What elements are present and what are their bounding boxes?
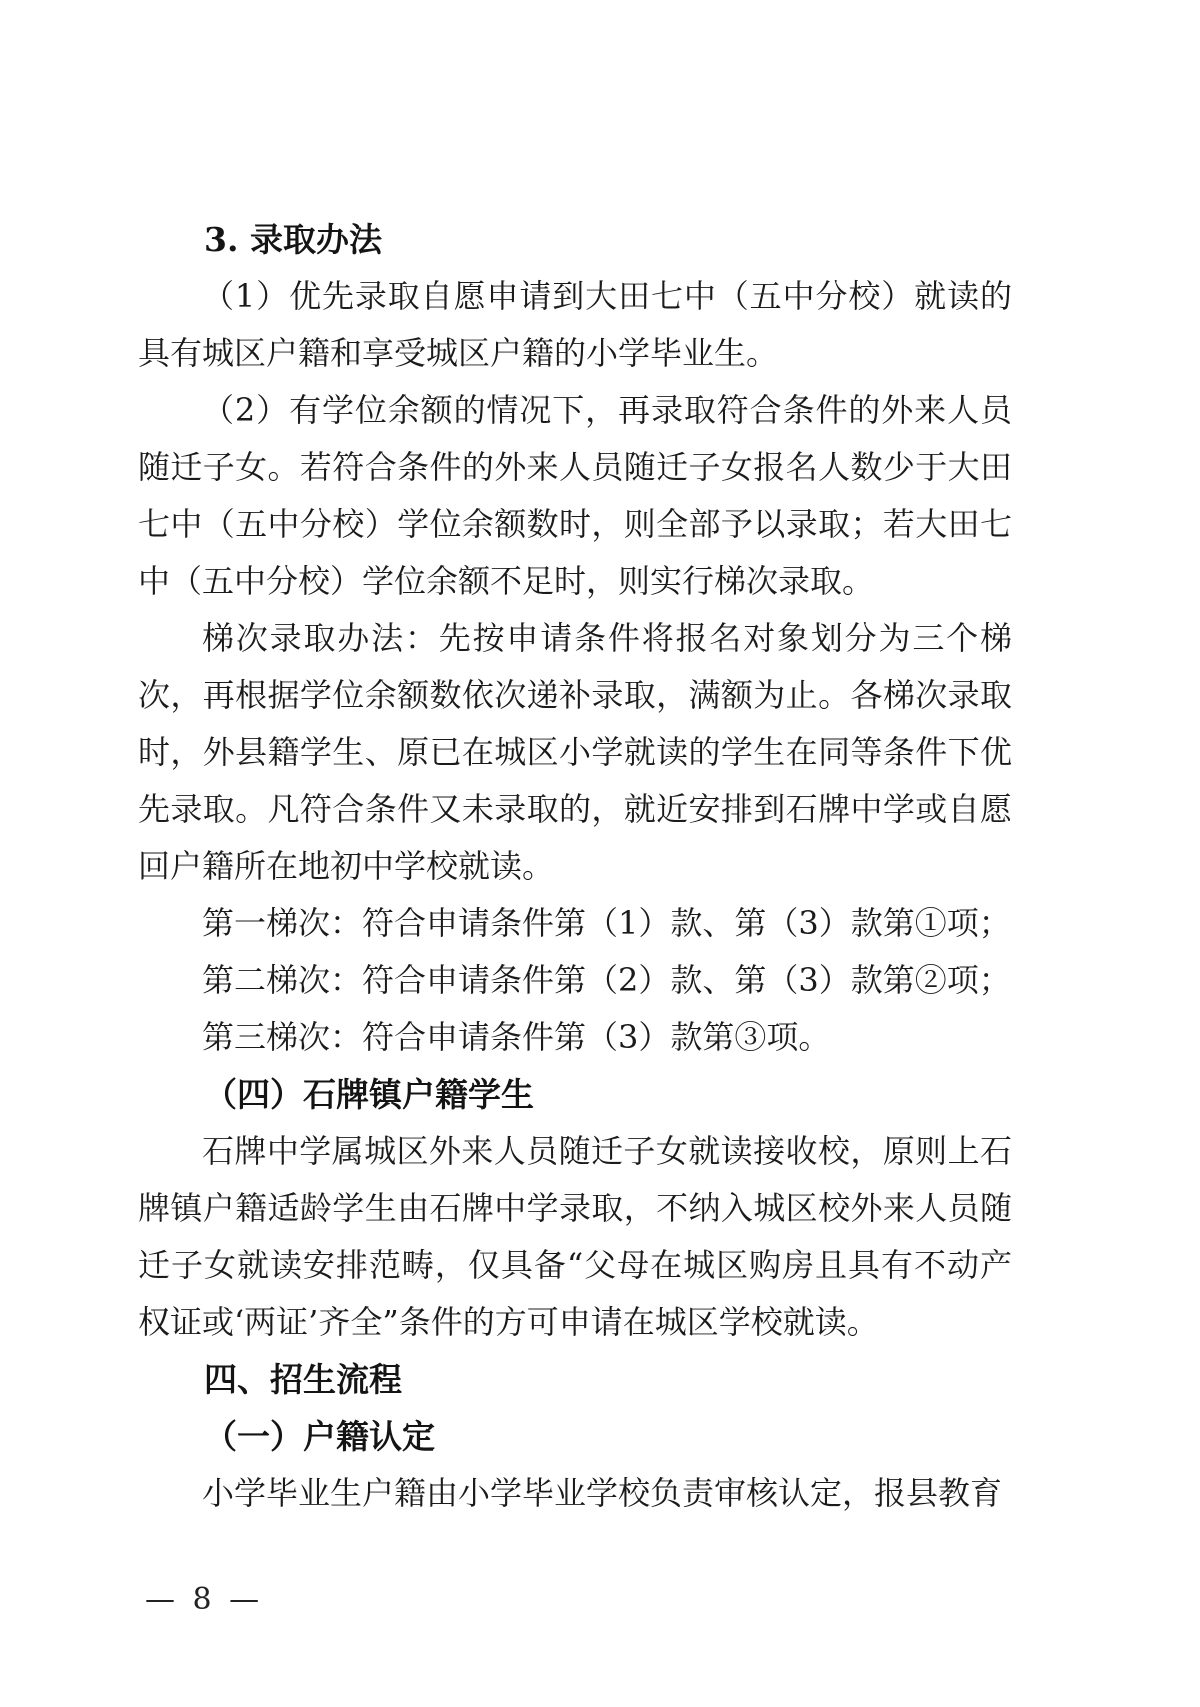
heading-enrollment-process: 四、招生流程 [138,1351,1012,1408]
heading-hukou-confirmation: （一）户籍认定 [138,1408,1012,1465]
para-surplus-quota: （2）有学位余额的情况下，再录取符合条件的外来人员随迁子女。若符合条件的外来人员… [138,382,1012,610]
page-number: — 8 — [145,1580,263,1620]
document-page: 3. 录取办法 （1）优先录取自愿申请到大田七中（五中分校）就读的具有城区户籍和… [0,0,1200,1707]
para-tier-method: 梯次录取办法：先按申请条件将报名对象划分为三个梯次，再根据学位余额数依次递补录取… [138,610,1012,895]
para-priority-admission: （1）优先录取自愿申请到大田七中（五中分校）就读的具有城区户籍和享受城区户籍的小… [138,268,1012,382]
para-hukou-verification: 小学毕业生户籍由小学毕业学校负责审核认定，报县教育 [138,1465,1012,1522]
heading-admission-method: 3. 录取办法 [138,211,1012,268]
para-tier-3: 第三梯次：符合申请条件第（3）款第③项。 [138,1009,1012,1066]
para-shipai-arrangement: 石牌中学属城区外来人员随迁子女就读接收校，原则上石牌镇户籍适龄学生由石牌中学录取… [138,1123,1012,1351]
para-tier-1: 第一梯次：符合申请条件第（1）款、第（3）款第①项； [138,895,1012,952]
document-body: 3. 录取办法 （1）优先录取自愿申请到大田七中（五中分校）就读的具有城区户籍和… [138,211,1012,1522]
heading-shipai-hukou-students: （四）石牌镇户籍学生 [138,1066,1012,1123]
para-tier-2: 第二梯次：符合申请条件第（2）款、第（3）款第②项； [138,952,1012,1009]
